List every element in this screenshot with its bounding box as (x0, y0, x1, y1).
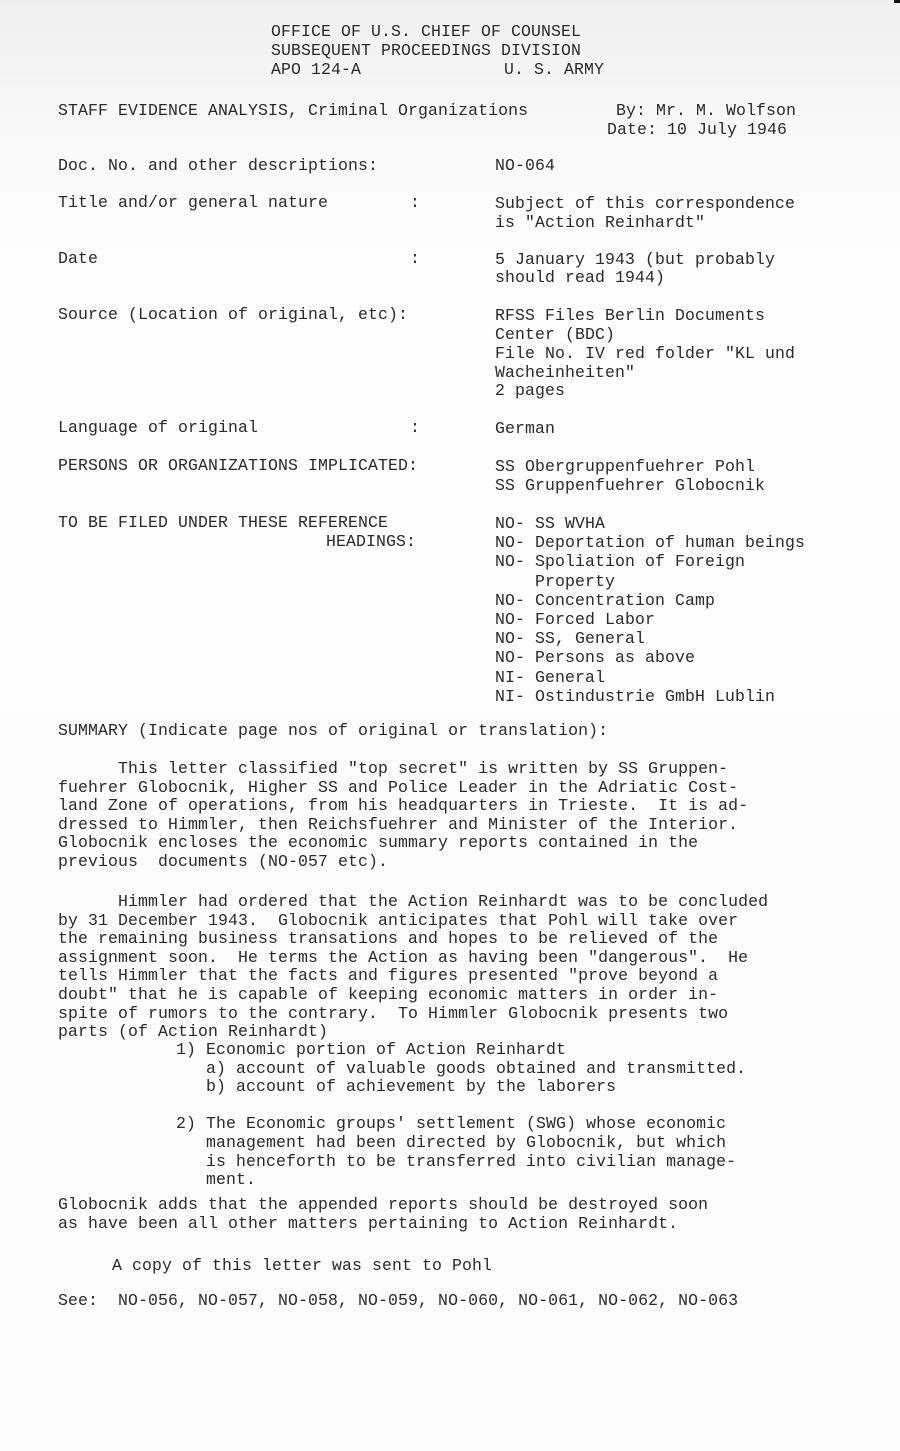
date-value-1: 5 January 1943 (but probably (495, 250, 775, 269)
reference-heading: NO- Spoliation of Foreign (495, 552, 745, 571)
list-line: b) account of achievement by the laborer… (176, 1077, 616, 1096)
copy-note: A copy of this letter was sent to Pohl (112, 1256, 492, 1275)
letterhead-line-1: OFFICE OF U.S. CHIEF OF COUNSEL (271, 22, 581, 41)
reference-heading: NI- General (495, 668, 605, 687)
paragraph-line: doubt" that he is capable of keeping eco… (58, 985, 718, 1004)
filed-label-2: HEADINGS: (326, 532, 416, 551)
list-line: management had been directed by Globocni… (176, 1133, 726, 1152)
see-also-references: See: NO-056, NO-057, NO-058, NO-059, NO-… (58, 1291, 738, 1310)
list-line: 2) The Economic groups' settlement (SWG)… (176, 1114, 726, 1133)
paragraph-line: This letter classified "top secret" is w… (58, 759, 728, 778)
doc-no-label: Doc. No. and other descriptions: (58, 156, 378, 175)
persons-label: PERSONS OR ORGANIZATIONS IMPLICATED: (58, 456, 418, 475)
source-value-1: RFSS Files Berlin Documents (495, 306, 765, 325)
letterhead-line-2: SUBSEQUENT PROCEEDINGS DIVISION (271, 41, 581, 60)
persons-value-2: SS Gruppenfuehrer Globocnik (495, 476, 765, 495)
paragraph-line: parts (of Action Reinhardt) (58, 1022, 328, 1041)
paragraph-line: by 31 December 1943. Globocnik anticipat… (58, 911, 738, 930)
persons-value-1: SS Obergruppenfuehrer Pohl (495, 457, 755, 476)
title-value-2: is "Action Reinhardt" (495, 213, 705, 232)
source-value-2: Center (BDC) (495, 325, 615, 344)
source-label: Source (Location of original, etc): (58, 305, 408, 324)
source-value-4: Wacheinheiten" (495, 363, 635, 382)
paragraph-line: Globocnik adds that the appended reports… (58, 1195, 708, 1214)
list-line: is henceforth to be transferred into civ… (176, 1152, 736, 1171)
title-label: Title and/or general nature (58, 193, 328, 212)
paragraph-line: assignment soon. He terms the Action as … (58, 948, 748, 967)
paragraph-line: spite of rumors to the contrary. To Himm… (58, 1004, 728, 1023)
list-line: ment. (176, 1170, 256, 1189)
reference-heading: NI- Ostindustrie GmbH Lublin (495, 687, 775, 706)
paragraph-line: fuehrer Globocnik, Higher SS and Police … (58, 778, 738, 797)
paragraph-line: dressed to Himmler, then Reichsfuehrer a… (58, 815, 738, 834)
date-colon: : (410, 249, 420, 268)
filed-label-1: TO BE FILED UNDER THESE REFERENCE (58, 513, 388, 532)
language-value: German (495, 419, 555, 438)
list-line: 1) Economic portion of Action Reinhardt (176, 1040, 566, 1059)
paragraph-line: the remaining business transations and h… (58, 929, 718, 948)
letterhead-apo: APO 124-A (271, 60, 361, 79)
paragraph-line: tells Himmler that the facts and figures… (58, 966, 718, 985)
date-label: Date (58, 249, 98, 268)
source-value-3: File No. IV red folder "KL und (495, 344, 795, 363)
doc-no-value: NO-064 (495, 156, 555, 175)
language-colon: : (410, 418, 420, 437)
letterhead-army: U. S. ARMY (504, 60, 604, 79)
document-page: OFFICE OF U.S. CHIEF OF COUNSEL SUBSEQUE… (0, 0, 900, 1451)
reference-heading: NO- Concentration Camp (495, 591, 715, 610)
reference-heading: NO- Deportation of human beings (495, 533, 805, 552)
paragraph-line: land Zone of operations, from his headqu… (58, 796, 748, 815)
paragraph-line: previous documents (NO-057 etc). (58, 852, 388, 871)
paragraph-line: as have been all other matters pertainin… (58, 1214, 678, 1233)
title-value-1: Subject of this correspondence (495, 194, 795, 213)
paragraph-line: Himmler had ordered that the Action Rein… (58, 892, 768, 911)
reference-heading: Property (495, 572, 615, 591)
analysis-date: Date: 10 July 1946 (607, 120, 787, 139)
paragraph-line: Globocnik encloses the economic summary … (58, 833, 698, 852)
list-line: a) account of valuable goods obtained an… (176, 1059, 746, 1078)
reference-heading: NO- SS, General (495, 629, 645, 648)
source-value-5: 2 pages (495, 381, 565, 400)
title-colon: : (410, 193, 420, 212)
scan-edge-mark (894, 0, 900, 3)
reference-heading: NO- Forced Labor (495, 610, 655, 629)
summary-heading: SUMMARY (Indicate page nos of original o… (58, 721, 608, 740)
reference-heading: NO- SS WVHA (495, 514, 605, 533)
reference-heading: NO- Persons as above (495, 648, 695, 667)
language-label: Language of original (58, 418, 258, 437)
analysis-title: STAFF EVIDENCE ANALYSIS, Criminal Organi… (58, 101, 528, 120)
date-value-2: should read 1944) (495, 268, 665, 287)
analysis-author: By: Mr. M. Wolfson (616, 101, 796, 120)
